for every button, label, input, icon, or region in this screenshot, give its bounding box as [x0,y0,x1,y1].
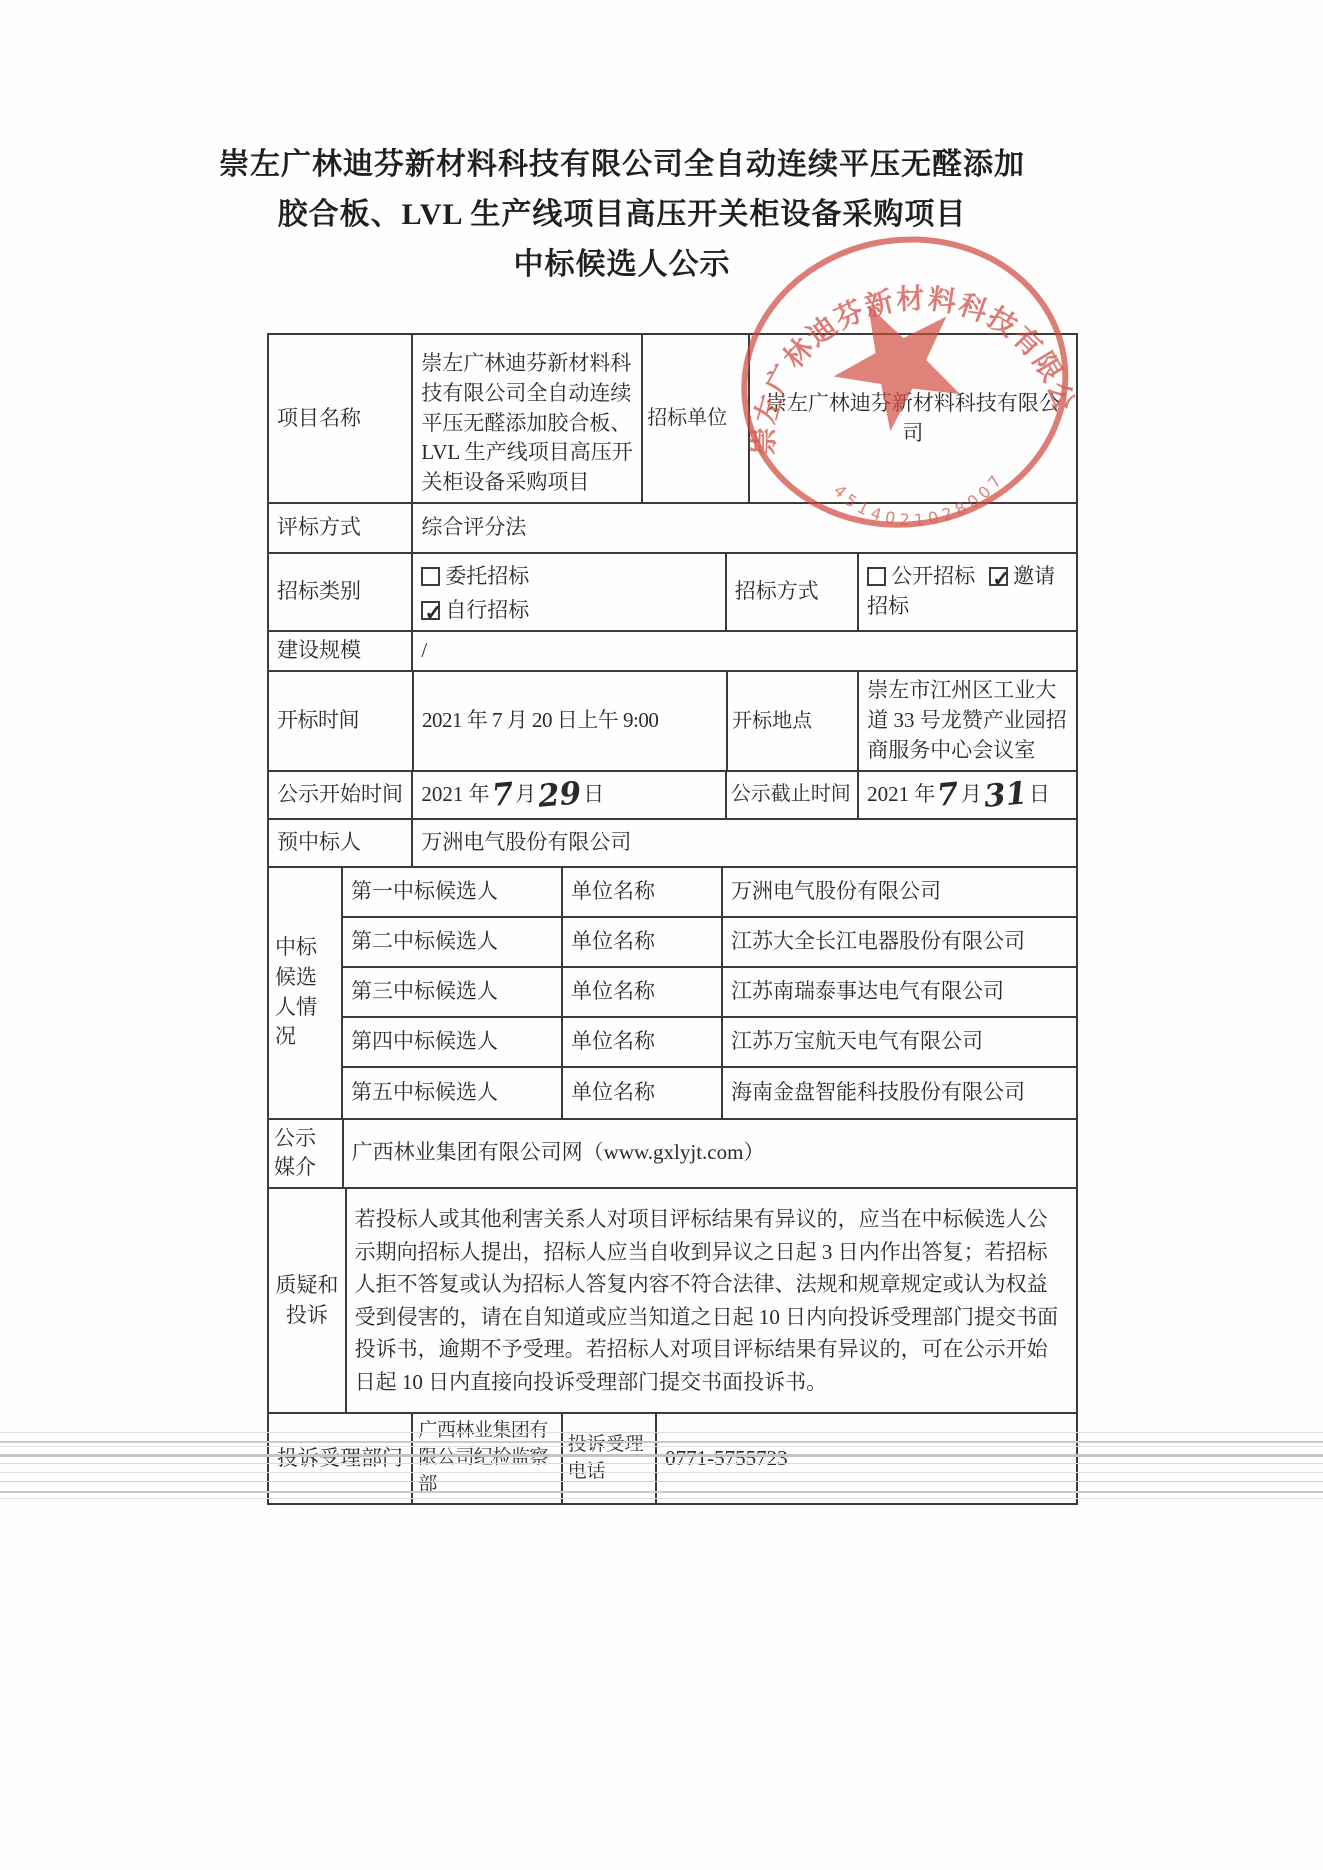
unit-name-label: 单位名称 [563,968,723,1016]
bid-open-place-label: 开标地点 [728,672,859,769]
document-title: 崇左广林迪芬新材料科技有限公司全自动连续平压无醛添加 胶合板、LVL 生产线项目… [0,140,1244,290]
publicity-start-prefix: 2021 年 [421,780,489,810]
publicity-start-label: 公示开始时间 [269,772,413,818]
month-unit: 月 [961,780,982,810]
option-zixing-label: 自行招标 [445,598,529,622]
media-value: 广西林业集团有限公司网（www.gxlyjt.com） [344,1120,1076,1188]
table-row: 预中标人 万洲电气股份有限公司 [269,820,1076,868]
candidate-row: 第四中标候选人 单位名称 江苏万宝航天电气有限公司 [343,1018,1076,1068]
table-row: 质疑和投诉 若投标人或其他利害关系人对项目评标结果有异议的，应当在中标候选人公示… [269,1189,1076,1414]
unit-name-label: 单位名称 [563,1018,723,1066]
candidates-section: 中标候选人情况 第一中标候选人 单位名称 万洲电气股份有限公司 第二中标候选人 … [269,868,1076,1120]
candidate-row: 第三中标候选人 单位名称 江苏南瑞泰事达电气有限公司 [343,968,1076,1018]
table-row: 建设规模 / [269,632,1076,672]
bid-open-place-value: 崇左市江州区工业大道 33 号龙赞产业园招商服务中心会议室 [859,672,1076,769]
construction-scale-label: 建设规模 [269,632,413,670]
announcement-table: 项目名称 崇左广林迪芬新材料科技有限公司全自动连续平压无醛添加胶合板、LVL 生… [267,333,1078,1505]
publicity-start-value: 2021 年7月29日 [413,772,726,818]
tender-category-options: 委托招标 自行招标 [413,554,726,630]
title-line-1: 崇左广林迪芬新材料科技有限公司全自动连续平压无醛添加 [0,140,1244,190]
tender-mode-label: 招标方式 [727,554,859,630]
scanned-document-page: 崇左广林迪芬新材料科技有限公司全自动连续平压无醛添加 胶合板、LVL 生产线项目… [0,0,1323,1870]
checkbox-zixing-checked [421,601,440,620]
day-unit: 日 [583,780,604,810]
pre-winner-value: 万洲电气股份有限公司 [413,820,1076,866]
unit-name-label: 单位名称 [563,918,723,966]
candidate-company: 江苏南瑞泰事达电气有限公司 [723,968,1076,1016]
unit-name-label: 单位名称 [563,1068,723,1118]
day-unit: 日 [1029,780,1050,810]
pre-winner-label: 预中标人 [269,820,413,866]
month-unit: 月 [515,780,536,810]
candidate-rank: 第一中标候选人 [343,868,563,916]
checkbox-weituo-unchecked [421,567,440,586]
tender-category-label: 招标类别 [269,554,413,630]
candidate-company: 江苏万宝航天电气有限公司 [723,1018,1076,1066]
table-row: 评标方式 综合评分法 [269,504,1076,554]
candidate-rank: 第四中标候选人 [343,1018,563,1066]
candidate-rank: 第五中标候选人 [343,1068,563,1118]
candidate-row: 第五中标候选人 单位名称 海南金盘智能科技股份有限公司 [343,1068,1076,1118]
complaint-phone-label: 投诉受理电话 [563,1414,658,1503]
evaluation-method-value: 综合评分法 [413,504,1076,552]
candidate-company: 万洲电气股份有限公司 [723,868,1076,916]
option-gongkai-label: 公开招标 [891,564,975,588]
evaluation-method-label: 评标方式 [269,504,413,552]
tender-mode-options: 公开招标邀请招标 [859,554,1076,630]
table-row: 公示媒介 广西林业集团有限公司网（www.gxlyjt.com） [269,1120,1076,1190]
table-row: 招标类别 委托招标 自行招标 招标方式 公开招标邀请招标 [269,554,1076,632]
candidate-rank: 第三中标候选人 [343,968,563,1016]
publicity-end-value: 2021 年7月31日 [859,772,1076,818]
title-line-3: 中标候选人公示 [0,240,1244,290]
bid-open-time-label: 开标时间 [269,672,414,769]
media-label: 公示媒介 [269,1120,344,1188]
checkbox-yaoqing-checked [989,567,1008,586]
objection-label: 质疑和投诉 [269,1189,347,1412]
complaint-dept-label: 投诉受理部门 [269,1414,413,1503]
table-row: 项目名称 崇左广林迪芬新材料科技有限公司全自动连续平压无醛添加胶合板、LVL 生… [269,335,1076,504]
publicity-end-label: 公示截止时间 [727,772,859,818]
tender-unit-label: 招标单位 [643,335,749,502]
handwritten-month: 7 [490,781,514,811]
unit-name-label: 单位名称 [563,868,723,916]
handwritten-month: 7 [936,781,960,811]
candidates-section-label: 中标候选人情况 [269,868,343,1118]
handwritten-day: 29 [537,780,582,812]
candidate-rank: 第二中标候选人 [343,918,563,966]
candidate-company: 江苏大全长江电器股份有限公司 [723,918,1076,966]
checkbox-gongkai-unchecked [867,567,886,586]
table-row: 开标时间 2021 年 7 月 20 日上午 9:00 开标地点 崇左市江州区工… [269,672,1076,771]
table-row: 公示开始时间 2021 年7月29日 公示截止时间 2021 年7月31日 [269,772,1076,820]
project-name-value: 崇左广林迪芬新材料科技有限公司全自动连续平压无醛添加胶合板、LVL 生产线项目高… [413,335,643,502]
candidates-rows: 第一中标候选人 单位名称 万洲电气股份有限公司 第二中标候选人 单位名称 江苏大… [343,868,1076,1118]
complaint-dept-value: 广西林业集团有限公司纪检监察部 [413,1414,562,1503]
candidate-row: 第一中标候选人 单位名称 万洲电气股份有限公司 [343,868,1076,918]
bid-open-time-value: 2021 年 7 月 20 日上午 9:00 [414,672,728,769]
tender-unit-value: 崇左广林迪芬新材料科技有限公司 [750,335,1076,502]
project-name-label: 项目名称 [269,335,413,502]
publicity-end-prefix: 2021 年 [867,780,935,810]
title-line-2: 胶合板、LVL 生产线项目高压开关柜设备采购项目 [0,190,1244,240]
candidate-row: 第二中标候选人 单位名称 江苏大全长江电器股份有限公司 [343,918,1076,968]
construction-scale-value: / [413,632,1076,670]
table-row: 投诉受理部门 广西林业集团有限公司纪检监察部 投诉受理电话 0771-57557… [269,1414,1076,1503]
objection-text: 若投标人或其他利害关系人对项目评标结果有异议的，应当在中标候选人公示期向招标人提… [347,1189,1076,1412]
option-weituo-label: 委托招标 [445,564,529,588]
complaint-phone-value: 0771-5755723 [657,1414,1076,1503]
candidate-company: 海南金盘智能科技股份有限公司 [723,1068,1076,1118]
handwritten-day: 31 [983,780,1028,812]
